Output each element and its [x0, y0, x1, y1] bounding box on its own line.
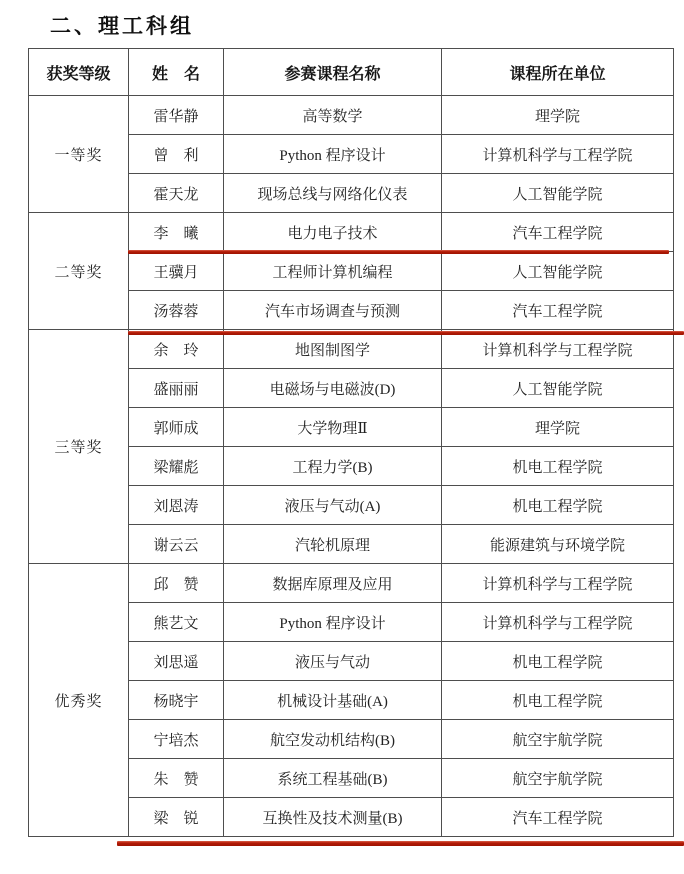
- course-cell: 汽轮机原理: [224, 525, 442, 564]
- name-cell: 盛丽丽: [129, 369, 224, 408]
- course-cell: 高等数学: [224, 96, 442, 135]
- name-cell: 郭师成: [129, 408, 224, 447]
- course-cell: 工程师计算机编程: [224, 252, 442, 291]
- name-cell: 谢云云: [129, 525, 224, 564]
- awards-table: 获奖等级 姓 名 参赛课程名称 课程所在单位 一等奖 雷华静 高等数学 理学院 …: [28, 48, 674, 837]
- table-row: 二等奖 李 曦 电力电子技术 汽车工程学院: [29, 213, 674, 252]
- table-row: 优秀奖 邱 赞 数据库原理及应用 计算机科学与工程学院: [29, 564, 674, 603]
- unit-cell: 理学院: [442, 96, 674, 135]
- unit-cell: 计算机科学与工程学院: [442, 603, 674, 642]
- name-cell: 王骥月: [129, 252, 224, 291]
- name-cell: 宁培杰: [129, 720, 224, 759]
- course-cell: 液压与气动(A): [224, 486, 442, 525]
- red-annotation-underline-3: [117, 841, 684, 846]
- name-cell: 刘思遥: [129, 642, 224, 681]
- course-cell: 系统工程基础(B): [224, 759, 442, 798]
- award-level-cell: 二等奖: [29, 213, 129, 330]
- header-award-level: 获奖等级: [29, 49, 129, 96]
- course-cell: 汽车市场调查与预测: [224, 291, 442, 330]
- name-cell: 雷华静: [129, 96, 224, 135]
- award-level-cell: 三等奖: [29, 330, 129, 564]
- course-cell: 机械设计基础(A): [224, 681, 442, 720]
- name-cell: 梁耀彪: [129, 447, 224, 486]
- course-cell: 现场总线与网络化仪表: [224, 174, 442, 213]
- course-cell: 航空发动机结构(B): [224, 720, 442, 759]
- unit-cell: 人工智能学院: [442, 369, 674, 408]
- unit-cell: 汽车工程学院: [442, 213, 674, 252]
- red-annotation-underline-1: [128, 250, 669, 254]
- unit-cell: 理学院: [442, 408, 674, 447]
- course-cell: Python 程序设计: [224, 603, 442, 642]
- unit-cell: 能源建筑与环境学院: [442, 525, 674, 564]
- unit-cell: 机电工程学院: [442, 447, 674, 486]
- table-row: 三等奖 余 玲 地图制图学 计算机科学与工程学院: [29, 330, 674, 369]
- unit-cell: 机电工程学院: [442, 681, 674, 720]
- unit-cell: 人工智能学院: [442, 252, 674, 291]
- name-cell: 熊艺文: [129, 603, 224, 642]
- section-title: 二、理工科组: [50, 10, 194, 40]
- name-cell: 汤蓉蓉: [129, 291, 224, 330]
- course-cell: 地图制图学: [224, 330, 442, 369]
- name-cell: 曾 利: [129, 135, 224, 174]
- course-cell: 液压与气动: [224, 642, 442, 681]
- unit-cell: 汽车工程学院: [442, 798, 674, 837]
- course-cell: 工程力学(B): [224, 447, 442, 486]
- unit-cell: 计算机科学与工程学院: [442, 564, 674, 603]
- award-level-cell: 优秀奖: [29, 564, 129, 837]
- table-header-row: 获奖等级 姓 名 参赛课程名称 课程所在单位: [29, 49, 674, 96]
- name-cell: 李 曦: [129, 213, 224, 252]
- name-cell: 邱 赞: [129, 564, 224, 603]
- course-cell: 数据库原理及应用: [224, 564, 442, 603]
- course-cell: 大学物理Ⅱ: [224, 408, 442, 447]
- header-course: 参赛课程名称: [224, 49, 442, 96]
- unit-cell: 航空宇航学院: [442, 720, 674, 759]
- name-cell: 杨晓宇: [129, 681, 224, 720]
- name-cell: 刘恩涛: [129, 486, 224, 525]
- unit-cell: 人工智能学院: [442, 174, 674, 213]
- name-cell: 朱 赞: [129, 759, 224, 798]
- course-cell: 电磁场与电磁波(D): [224, 369, 442, 408]
- unit-cell: 汽车工程学院: [442, 291, 674, 330]
- unit-cell: 机电工程学院: [442, 642, 674, 681]
- header-name: 姓 名: [129, 49, 224, 96]
- document-page: 二、理工科组 获奖等级 姓 名 参赛课程名称 课程所在单位 一等奖 雷华静 高等…: [0, 0, 684, 874]
- unit-cell: 计算机科学与工程学院: [442, 135, 674, 174]
- header-unit: 课程所在单位: [442, 49, 674, 96]
- unit-cell: 计算机科学与工程学院: [442, 330, 674, 369]
- name-cell: 霍天龙: [129, 174, 224, 213]
- course-cell: 电力电子技术: [224, 213, 442, 252]
- name-cell: 余 玲: [129, 330, 224, 369]
- name-cell: 梁 锐: [129, 798, 224, 837]
- course-cell: Python 程序设计: [224, 135, 442, 174]
- award-level-cell: 一等奖: [29, 96, 129, 213]
- table-row: 一等奖 雷华静 高等数学 理学院: [29, 96, 674, 135]
- unit-cell: 机电工程学院: [442, 486, 674, 525]
- red-annotation-underline-2: [128, 331, 684, 335]
- course-cell: 互换性及技术测量(B): [224, 798, 442, 837]
- unit-cell: 航空宇航学院: [442, 759, 674, 798]
